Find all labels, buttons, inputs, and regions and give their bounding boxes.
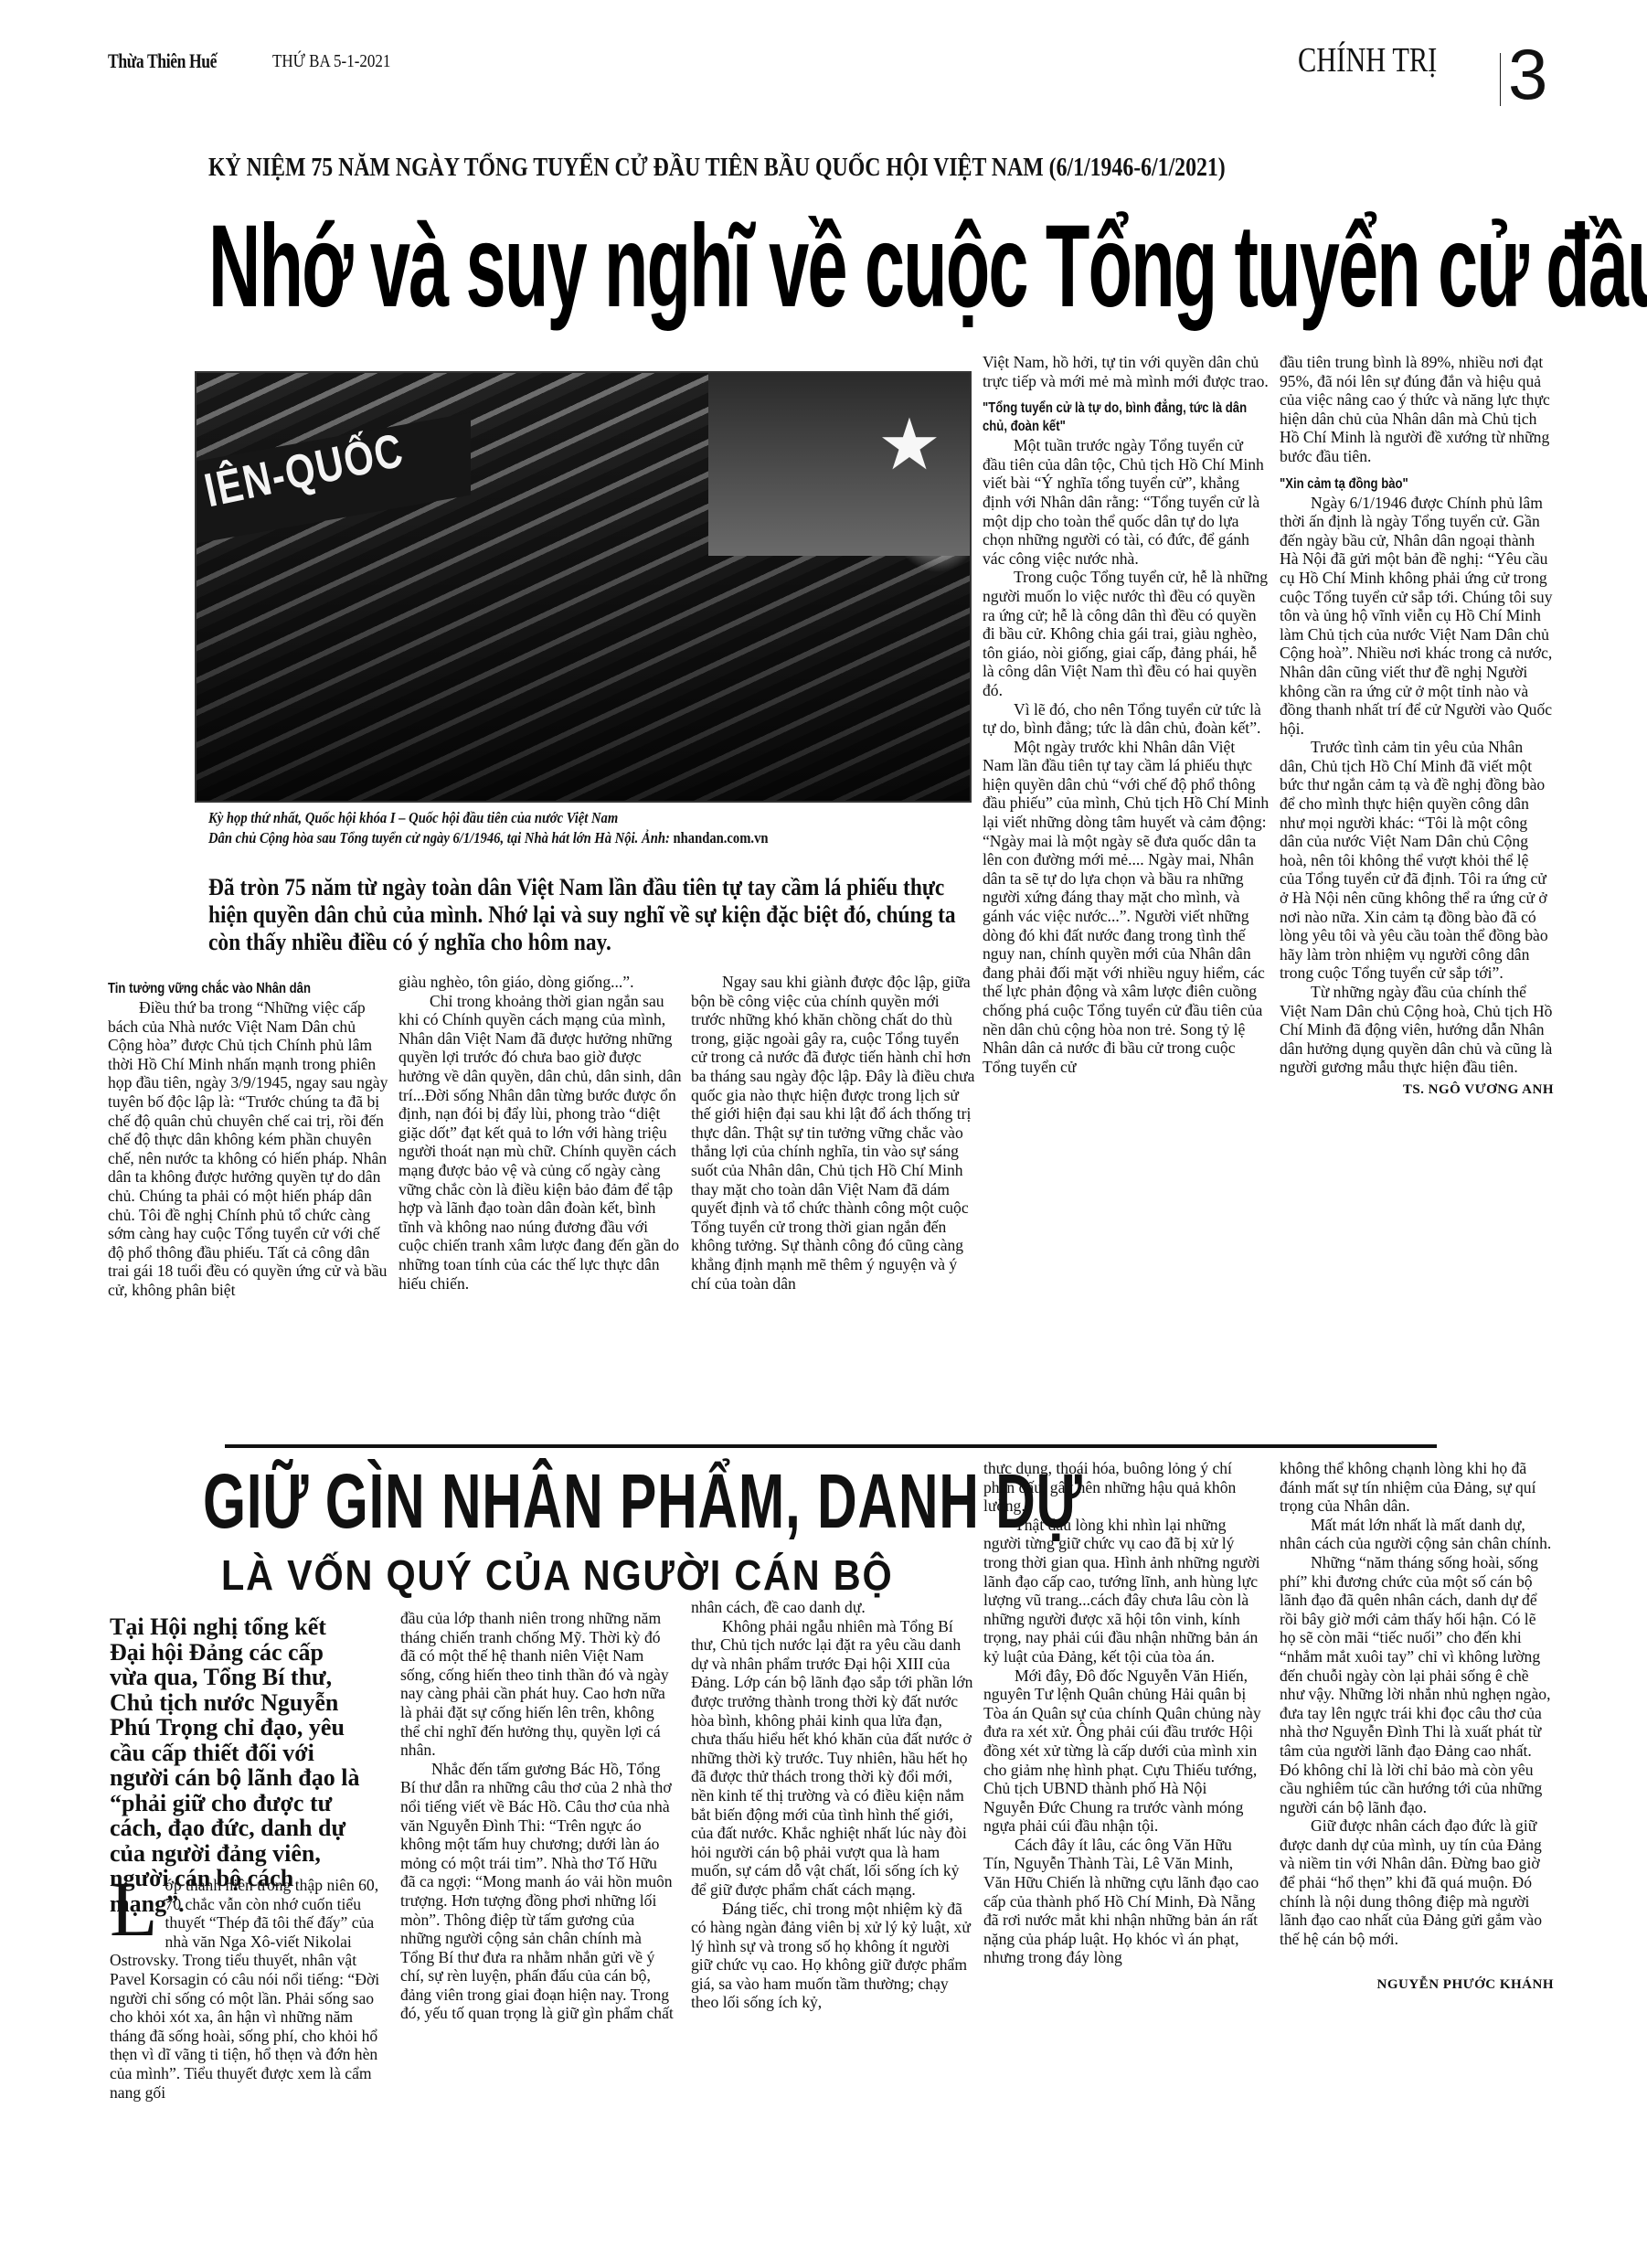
article2-column-5: không thể không chạnh lòng khi họ đã đán… xyxy=(1280,1459,1554,1995)
article2-column-4: thực dụng, thoái hóa, buông lỏng ý chí p… xyxy=(983,1459,1261,1967)
masthead-divider xyxy=(1500,53,1501,106)
paragraph: thực dụng, thoái hóa, buông lỏng ý chí p… xyxy=(983,1459,1261,1516)
flag-star-icon: ★ xyxy=(877,410,941,481)
article1-headline: Nhớ và suy nghĩ về cuộc Tổng tuyển cử đầ… xyxy=(208,208,1647,325)
article1-lede: Đã tròn 75 năm từ ngày toàn dân Việt Nam… xyxy=(208,874,957,956)
paragraph: không thể không chạnh lòng khi họ đã đán… xyxy=(1280,1459,1554,1516)
paragraph: Điều thứ ba trong “Những việc cấp bách c… xyxy=(108,998,391,1300)
article2-headline-line-2: LÀ VỐN QUÝ CỦA NGƯỜI CÁN BỘ xyxy=(221,1554,893,1596)
article2-column-2: đầu của lớp thanh niên trong những năm t… xyxy=(400,1609,675,2023)
article1-byline: TS. NGÔ VƯƠNG ANH xyxy=(1280,1081,1554,1100)
article-divider xyxy=(225,1444,1437,1448)
article2-column-1: L ớp thanh niên trong thập niên 60, 70 c… xyxy=(110,1876,384,2102)
paragraph: Không phải ngẫu nhiên mà Tổng Bí thư, Ch… xyxy=(691,1617,974,1900)
paragraph: Những “năm tháng sống hoài, sống phí” kh… xyxy=(1280,1553,1554,1816)
subhead-tin-tuong: Tin tưởng vững chắc vào Nhân dân xyxy=(108,980,340,998)
paragraph: Từ những ngày đầu của chính thể Việt Nam… xyxy=(1280,983,1554,1077)
paragraph: Trước tình cảm tin yêu của Nhân dân, Chủ… xyxy=(1280,738,1554,983)
paragraph: Mất mát lớn nhất là mất danh dự, nhân cá… xyxy=(1280,1516,1554,1553)
caption-line-2: Dân chủ Cộng hòa sau Tổng tuyển cử ngày … xyxy=(208,829,674,847)
paragraph: Một ngày trước khi Nhân dân Việt Nam lần… xyxy=(983,738,1270,1077)
paragraph: Vì lẽ đó, cho nên Tổng tuyển cử tức là t… xyxy=(983,700,1270,738)
paragraph: Thật đau lòng khi nhìn lại những người t… xyxy=(983,1516,1261,1666)
drop-cap: L xyxy=(110,1879,165,1938)
article1-column-3: Ngay sau khi giành được độc lập, giữa bộ… xyxy=(691,973,976,1293)
paragraph: Cách đây ít lâu, các ông Văn Hữu Tín, Ng… xyxy=(983,1836,1261,1967)
newspaper-name: Thừa Thiên Huế xyxy=(108,49,217,73)
article1-column-2: giàu nghèo, tôn giáo, dòng giống...”. Ch… xyxy=(398,973,682,1293)
photo-credit: nhandan.com.vn xyxy=(674,829,769,847)
paragraph: Việt Nam, hồ hởi, tự tin với quyền dân c… xyxy=(983,353,1270,390)
paragraph: Một tuần trước ngày Tổng tuyển cử đầu ti… xyxy=(983,436,1270,568)
paragraph: đầu của lớp thanh niên trong những năm t… xyxy=(400,1609,675,1760)
article1-photo: IÊN-QUỐC ★ xyxy=(195,371,972,803)
paragraph: giàu nghèo, tôn giáo, dòng giống...”. xyxy=(398,973,682,992)
issue-date: THỨ BA 5-1-2021 xyxy=(272,51,390,72)
page-number: 3 xyxy=(1508,38,1547,110)
photo-caption: Kỳ họp thứ nhất, Quốc hội khóa I – Quốc … xyxy=(208,808,940,848)
paragraph: Trong cuộc Tổng tuyển cử, hễ là những ng… xyxy=(983,568,1270,699)
article2-column-3: nhân cách, đề cao danh dự. Không phải ng… xyxy=(691,1598,974,2012)
article1-column-4: Việt Nam, hồ hởi, tự tin với quyền dân c… xyxy=(983,353,1270,1076)
article2-headline-line-1: GIỮ GÌN NHÂN PHẨM, DANH DỰ xyxy=(203,1463,1082,1539)
paragraph: đầu tiên trung bình là 89%, nhiều nơi đạ… xyxy=(1280,353,1554,466)
article1-column-1: Tin tưởng vững chắc vào Nhân dân Điều th… xyxy=(108,980,391,1300)
paragraph: Đáng tiếc, chỉ trong một nhiệm kỳ đã có … xyxy=(691,1900,974,2013)
paragraph: Giữ được nhân cách đạo đức là giữ được d… xyxy=(1280,1816,1554,1948)
paragraph: Ngay sau khi giành được độc lập, giữa bộ… xyxy=(691,973,976,1293)
article1-kicker: KỶ NIỆM 75 NĂM NGÀY TỔNG TUYỂN CỬ ĐẦU TI… xyxy=(208,154,1226,183)
paragraph: nhân cách, đề cao danh dự. xyxy=(691,1598,974,1617)
section-title: CHÍNH TRỊ xyxy=(1298,40,1437,80)
paragraph: Nhắc đến tấm gương Bác Hồ, Tổng Bí thư d… xyxy=(400,1760,675,2023)
paragraph: Mới đây, Đô đốc Nguyễn Văn Hiến, nguyên … xyxy=(983,1666,1261,1836)
article2-byline: NGUYỄN PHƯỚC KHÁNH xyxy=(1280,1975,1554,1995)
paragraph: Chỉ trong khoảng thời gian ngắn sau khi … xyxy=(398,992,682,1294)
caption-line-1: Kỳ họp thứ nhất, Quốc hội khóa I – Quốc … xyxy=(208,808,940,828)
subhead-tong-tuyen-cu: "Tổng tuyển cử là tự do, bình đẳng, tức … xyxy=(983,399,1270,436)
article1-column-5: đầu tiên trung bình là 89%, nhiều nơi đạ… xyxy=(1280,353,1554,1100)
paragraph: Ngày 6/1/1946 được Chính phủ lâm thời ấn… xyxy=(1280,494,1554,739)
subhead-xin-cam-ta: "Xin cảm tạ đồng bào" xyxy=(1280,475,1504,494)
